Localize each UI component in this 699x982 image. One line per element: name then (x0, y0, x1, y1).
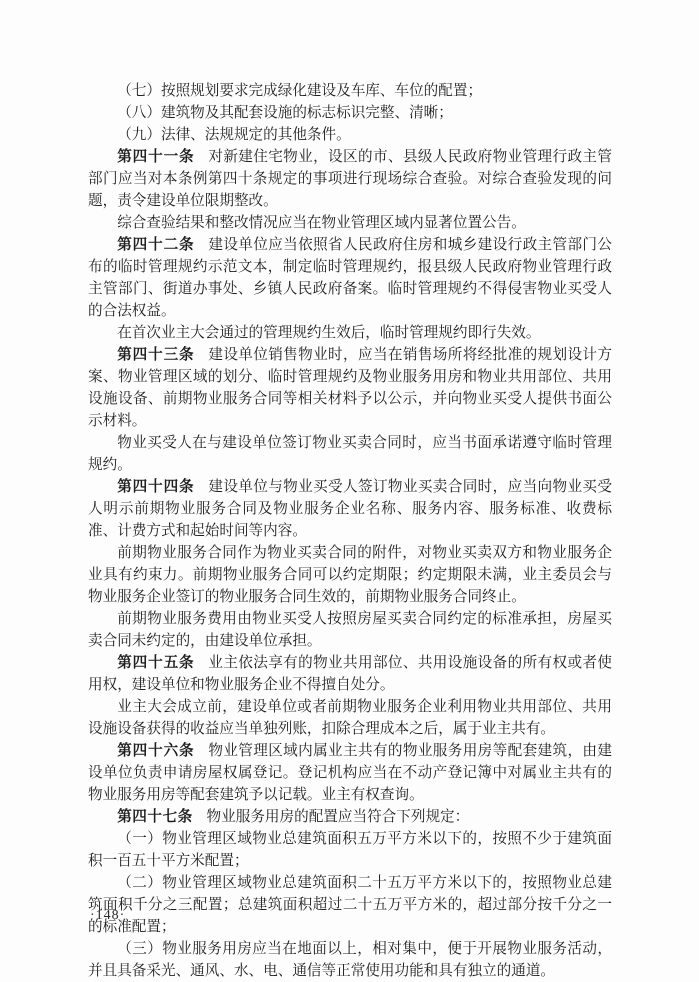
paragraph: （八）建筑物及其配套设施的标志标识完整、清晰； (88, 102, 612, 124)
paragraph: （九）法律、法规规定的其他条件。 (88, 124, 612, 146)
article-number: 第四十三条 (117, 347, 194, 363)
paragraph: 第四十五条业主依法享有的物业共用部位、共用设施设备的所有权或者使用权，建设单位和… (88, 652, 612, 696)
paragraph: 前期物业服务合同作为物业买卖合同的附件，对物业买卖双方和物业服务企业具有约束力。… (88, 542, 612, 608)
paragraph-text: 前期物业服务费用由物业买受人按照房屋买卖合同约定的标准承担，房屋买卖合同未约定的… (88, 611, 612, 649)
paragraph: 前期物业服务费用由物业买受人按照房屋买卖合同约定的标准承担，房屋买卖合同未约定的… (88, 608, 612, 652)
paragraph-text: （一）物业管理区域物业总建筑面积五万平方米以下的，按照不少于建筑面积一百五十平方… (88, 831, 612, 869)
article-number: 第四十七条 (117, 809, 192, 825)
paragraph-text: 物业买受人在与建设单位签订物业买卖合同时，应当书面承诺遵守临时管理规约。 (88, 435, 612, 473)
article-number: 第四十二条 (117, 237, 194, 253)
paragraph-text: （九）法律、法规规定的其他条件。 (117, 127, 351, 143)
article-number: 第四十一条 (117, 149, 194, 165)
paragraph: 综合查验结果和整改情况应当在物业管理区域内显著位置公告。 (88, 212, 612, 234)
paragraph: 第四十一条对新建住宅物业，设区的市、县级人民政府物业管理行政主管部门应当对本条例… (88, 146, 612, 212)
paragraph-text: 物业服务用房的配置应当符合下列规定： (207, 809, 470, 825)
paragraph: （七）按照规划要求完成绿化建设及车库、车位的配置； (88, 80, 612, 102)
paragraph-text: 综合查验结果和整改情况应当在物业管理区域内显著位置公告。 (117, 215, 526, 231)
document-body: （七）按照规划要求完成绿化建设及车库、车位的配置；（八）建筑物及其配套设施的标志… (88, 80, 612, 982)
paragraph: （一）物业管理区域物业总建筑面积五万平方米以下的，按照不少于建筑面积一百五十平方… (88, 828, 612, 872)
paragraph: 在首次业主大会通过的管理规约生效后，临时管理规约即行失效。 (88, 322, 612, 344)
paragraph: 第四十七条物业服务用房的配置应当符合下列规定： (88, 806, 612, 828)
paragraph: （二）物业管理区域物业总建筑面积二十五万平方米以下的，按照物业总建筑面积千分之三… (88, 872, 612, 938)
document-page: （七）按照规划要求完成绿化建设及车库、车位的配置；（八）建筑物及其配套设施的标志… (0, 0, 699, 982)
paragraph-text: 前期物业服务合同作为物业买卖合同的附件，对物业买卖双方和物业服务企业具有约束力。… (88, 545, 612, 605)
paragraph: 业主大会成立前，建设单位或者前期物业服务企业利用物业共用部位、共用设施设备获得的… (88, 696, 612, 740)
paragraph-text: （三）物业服务用房应当在地面以上，相对集中，便于开展物业服务活动，并且具备采光、… (88, 941, 612, 979)
paragraph: 第四十二条建设单位应当依照省人民政府住房和城乡建设行政主管部门公布的临时管理规约… (88, 234, 612, 322)
article-number: 第四十六条 (117, 743, 194, 759)
page-number: ·148· (90, 908, 125, 924)
paragraph: 第四十三条建设单位销售物业时，应当在销售场所将经批准的规划设计方案、物业管理区域… (88, 344, 612, 432)
paragraph-text: 业主大会成立前，建设单位或者前期物业服务企业利用物业共用部位、共用设施设备获得的… (88, 699, 612, 737)
paragraph: 物业买受人在与建设单位签订物业买卖合同时，应当书面承诺遵守临时管理规约。 (88, 432, 612, 476)
paragraph: 第四十六条物业管理区域内属业主共有的物业服务用房等配套建筑，由建设单位负责申请房… (88, 740, 612, 806)
paragraph-text: （二）物业管理区域物业总建筑面积二十五万平方米以下的，按照物业总建筑面积千分之三… (88, 875, 612, 935)
article-number: 第四十五条 (117, 655, 194, 671)
paragraph-text: （七）按照规划要求完成绿化建设及车库、车位的配置； (117, 83, 482, 99)
paragraph: （三）物业服务用房应当在地面以上，相对集中，便于开展物业服务活动，并且具备采光、… (88, 938, 612, 982)
paragraph: 第四十四条建设单位与物业买受人签订物业买卖合同时，应当向物业买受人明示前期物业服… (88, 476, 612, 542)
paragraph-text: 在首次业主大会通过的管理规约生效后，临时管理规约即行失效。 (117, 325, 540, 341)
article-number: 第四十四条 (117, 479, 194, 495)
paragraph-text: （八）建筑物及其配套设施的标志标识完整、清晰； (117, 105, 453, 121)
